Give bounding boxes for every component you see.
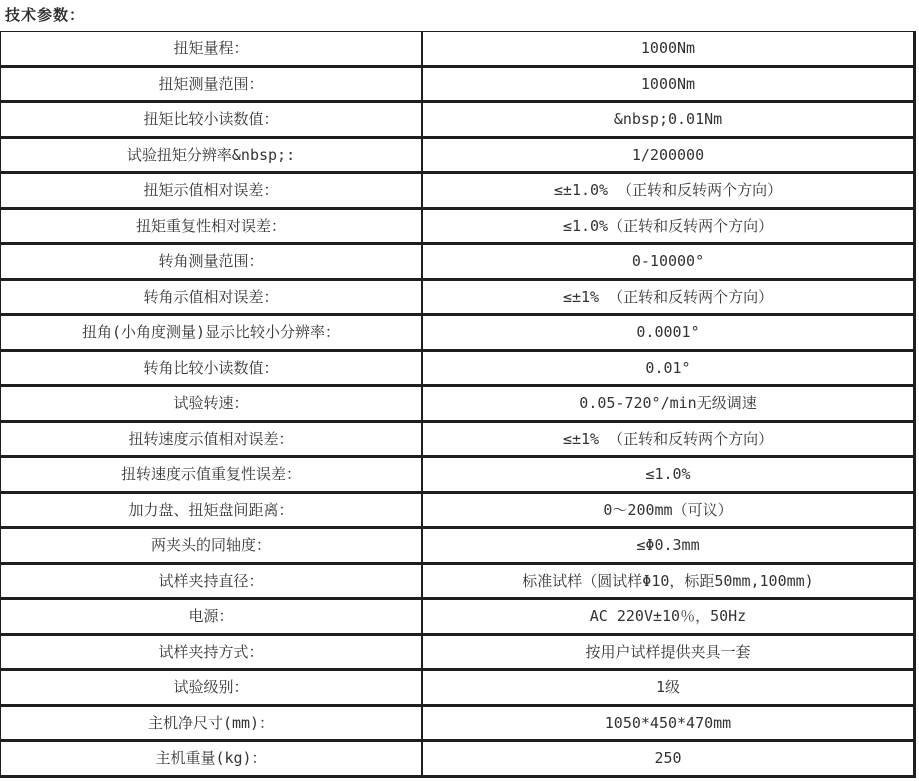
param-label: 主机重量(kg)： — [1, 741, 423, 777]
param-label: 扭角(小角度测量)显示比较小分辨率： — [1, 315, 423, 351]
table-row: 扭转速度示值重复性误差：≤1.0% — [1, 457, 915, 493]
table-row: 试验扭矩分辨率&nbsp;:1/200000 — [1, 137, 915, 173]
param-value: ≤Φ0.3mm — [422, 528, 915, 564]
param-label: 扭转速度示值重复性误差： — [1, 457, 423, 493]
param-value: 0.05-720°/min无级调速 — [422, 386, 915, 422]
param-value: ≤1.0%（正转和反转两个方向） — [422, 208, 915, 244]
param-value: 1/200000 — [422, 137, 915, 173]
param-value: 0-10000° — [422, 244, 915, 280]
param-label: 试样夹持方式： — [1, 634, 423, 670]
param-label: 试验扭矩分辨率&nbsp;: — [1, 137, 423, 173]
param-label: 试验级别： — [1, 670, 423, 706]
table-row: 扭矩量程：1000Nm — [1, 32, 915, 67]
param-value: ≤±1% （正转和反转两个方向） — [422, 421, 915, 457]
table-row: 扭矩测量范围：1000Nm — [1, 66, 915, 102]
param-label: 电源： — [1, 599, 423, 635]
param-label: 扭矩重复性相对误差： — [1, 208, 423, 244]
table-row: 主机重量(kg)：250 — [1, 741, 915, 777]
table-row: 扭矩重复性相对误差：≤1.0%（正转和反转两个方向） — [1, 208, 915, 244]
param-value: 0～200mm（可议） — [422, 492, 915, 528]
param-label: 扭矩示值相对误差： — [1, 173, 423, 209]
table-row: 扭矩比较小读数值：&nbsp;0.01Nm — [1, 102, 915, 138]
param-value: 250 — [422, 741, 915, 777]
specs-table-body: 扭矩量程：1000Nm扭矩测量范围：1000Nm扭矩比较小读数值：&nbsp;0… — [1, 32, 915, 777]
table-row: 加力盘、扭矩盘间距离：0～200mm（可议） — [1, 492, 915, 528]
param-value: 1000Nm — [422, 66, 915, 102]
table-row: 扭矩示值相对误差：≤±1.0% （正转和反转两个方向） — [1, 173, 915, 209]
table-row: 试样夹持直径：标准试样（圆试样Φ10，标距50mm,100mm) — [1, 563, 915, 599]
param-label: 试验转速： — [1, 386, 423, 422]
param-label: 两夹头的同轴度： — [1, 528, 423, 564]
param-value: ≤1.0% — [422, 457, 915, 493]
param-value: &nbsp;0.01Nm — [422, 102, 915, 138]
param-value: ≤±1% （正转和反转两个方向） — [422, 279, 915, 315]
table-row: 试验转速：0.05-720°/min无级调速 — [1, 386, 915, 422]
specs-table: 扭矩量程：1000Nm扭矩测量范围：1000Nm扭矩比较小读数值：&nbsp;0… — [0, 31, 916, 778]
param-label: 转角示值相对误差： — [1, 279, 423, 315]
param-value: 0.01° — [422, 350, 915, 386]
param-value: 按用户试样提供夹具一套 — [422, 634, 915, 670]
param-label: 扭矩比较小读数值： — [1, 102, 423, 138]
param-label: 试样夹持直径： — [1, 563, 423, 599]
param-label: 扭转速度示值相对误差： — [1, 421, 423, 457]
param-label: 主机净尺寸(mm)： — [1, 705, 423, 741]
table-row: 试样夹持方式：按用户试样提供夹具一套 — [1, 634, 915, 670]
param-value: 1级 — [422, 670, 915, 706]
table-row: 转角测量范围：0-10000° — [1, 244, 915, 280]
param-value: AC 220V±10％，50Hz — [422, 599, 915, 635]
table-row: 扭转速度示值相对误差：≤±1% （正转和反转两个方向） — [1, 421, 915, 457]
param-value: 1000Nm — [422, 32, 915, 67]
param-label: 转角比较小读数值： — [1, 350, 423, 386]
table-row: 电源：AC 220V±10％，50Hz — [1, 599, 915, 635]
spec-page: 技术参数： 扭矩量程：1000Nm扭矩测量范围：1000Nm扭矩比较小读数值：&… — [0, 0, 919, 781]
param-label: 加力盘、扭矩盘间距离： — [1, 492, 423, 528]
param-value: 1050*450*470mm — [422, 705, 915, 741]
table-row: 主机净尺寸(mm)：1050*450*470mm — [1, 705, 915, 741]
param-value: ≤±1.0% （正转和反转两个方向） — [422, 173, 915, 209]
page-title: 技术参数： — [5, 5, 919, 25]
table-row: 两夹头的同轴度：≤Φ0.3mm — [1, 528, 915, 564]
param-value: 0.0001° — [422, 315, 915, 351]
param-label: 扭矩量程： — [1, 32, 423, 67]
param-label: 扭矩测量范围： — [1, 66, 423, 102]
table-row: 转角示值相对误差：≤±1% （正转和反转两个方向） — [1, 279, 915, 315]
table-row: 试验级别：1级 — [1, 670, 915, 706]
table-row: 转角比较小读数值：0.01° — [1, 350, 915, 386]
param-value: 标准试样（圆试样Φ10，标距50mm,100mm) — [422, 563, 915, 599]
param-label: 转角测量范围： — [1, 244, 423, 280]
table-row: 扭角(小角度测量)显示比较小分辨率：0.0001° — [1, 315, 915, 351]
